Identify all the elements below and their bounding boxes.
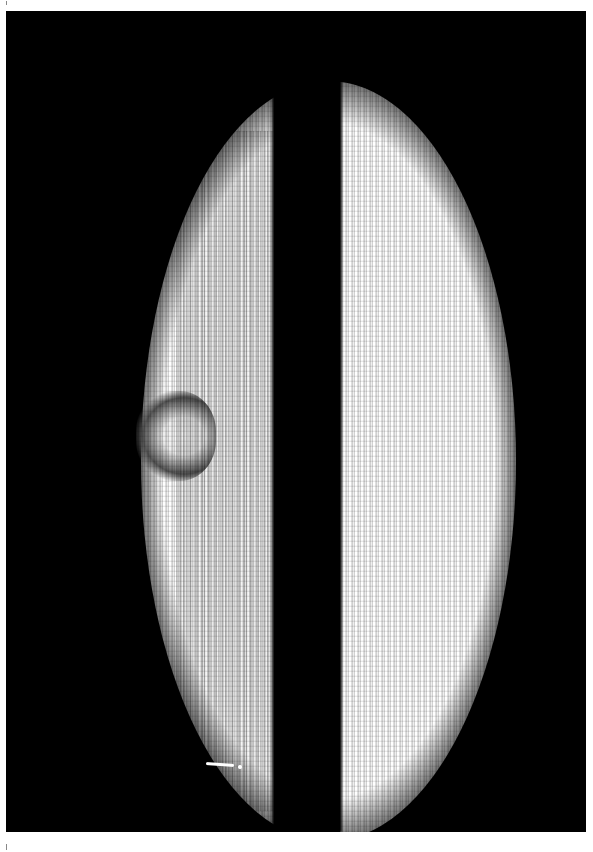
photograph [6,11,586,832]
dark-vertical-bar [274,11,340,832]
scan-edge-mark [6,1,7,5]
scan-edge-mark [6,844,7,850]
speck-mark [238,765,242,769]
